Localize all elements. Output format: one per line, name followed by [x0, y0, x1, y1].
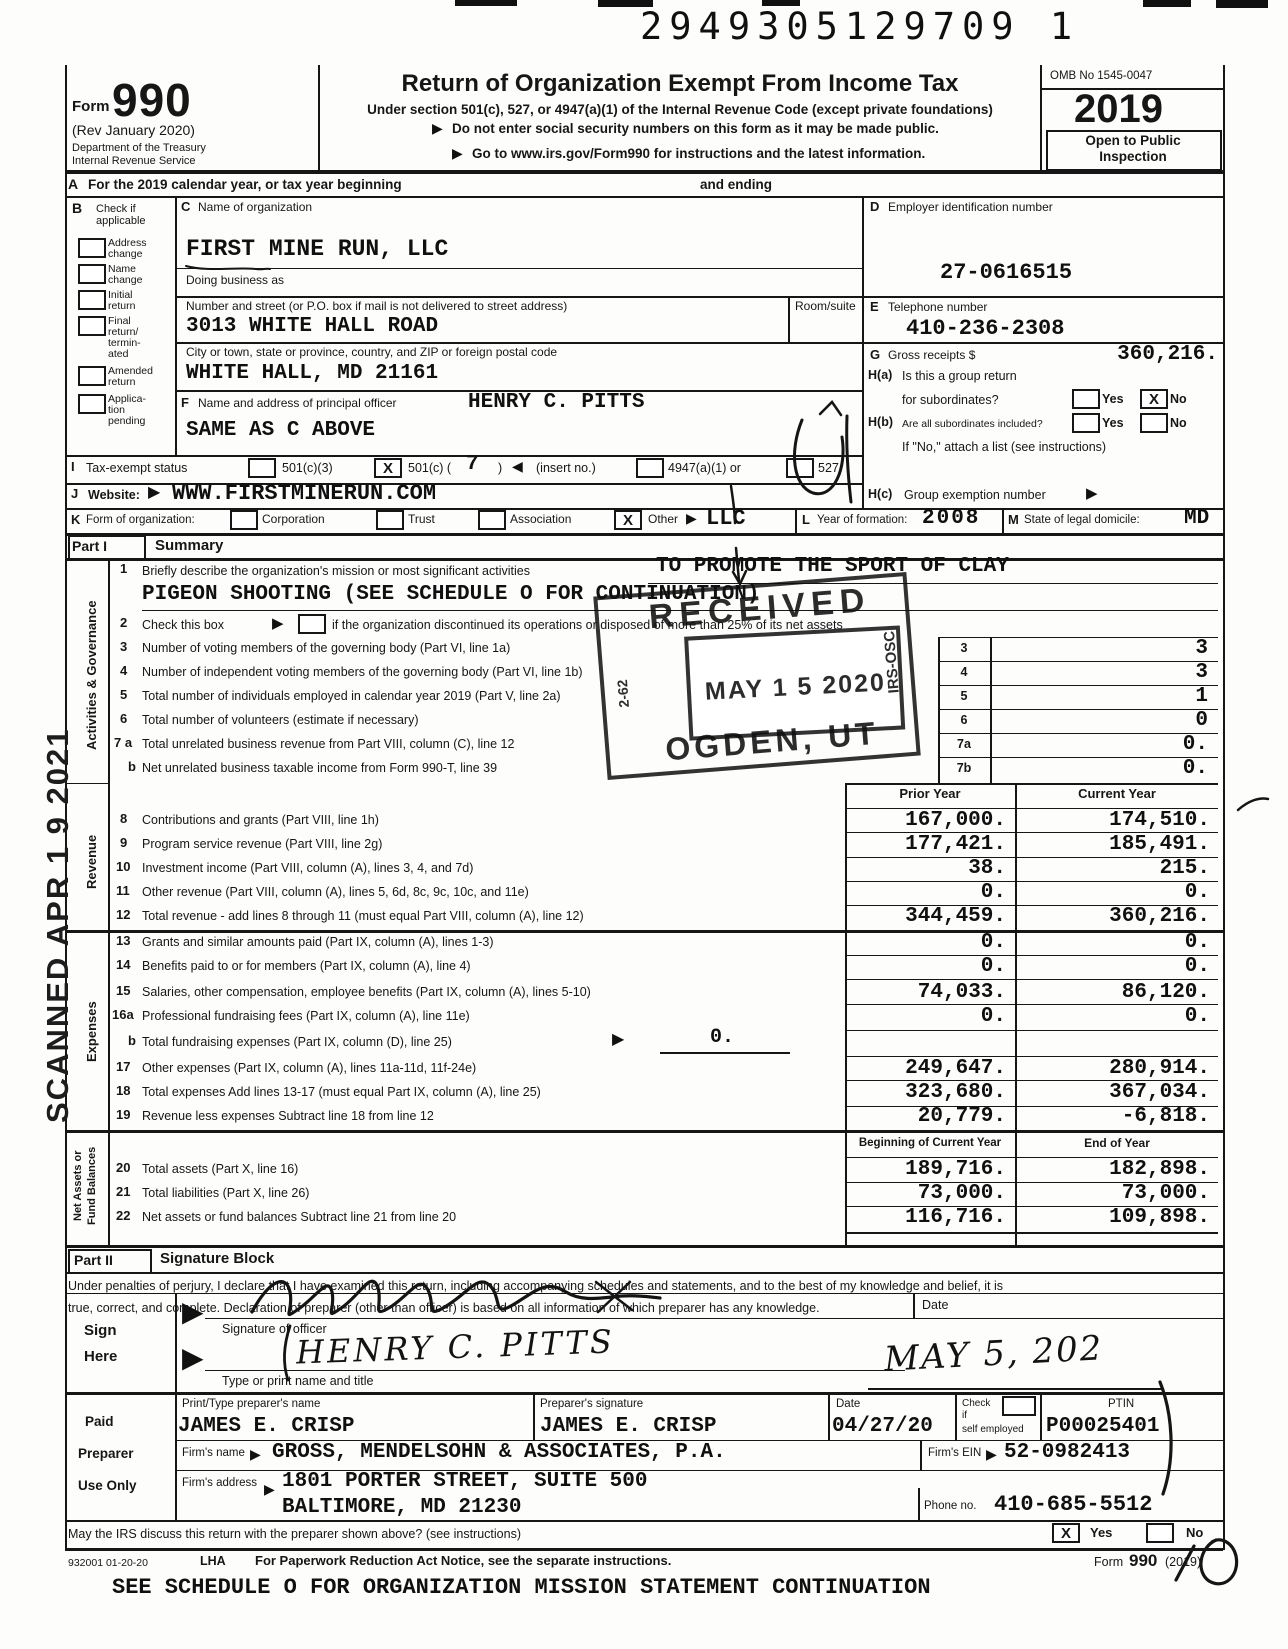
current-value[interactable]: 0. [1020, 1006, 1210, 1027]
ha-letter: H(a) [868, 368, 892, 382]
scanned-date-note: SCANNED APR 1 9 2021 [40, 645, 76, 1205]
checkbox-group-return-no[interactable]: X [1140, 389, 1168, 409]
gov-row-label: Total unrelated business revenue from Pa… [142, 737, 514, 751]
label-501c: 501(c) ( [408, 461, 451, 475]
insert-number-value[interactable]: 7 [466, 454, 479, 475]
eoy-header: End of Year [1018, 1137, 1216, 1151]
box-c-letter: C [181, 200, 190, 215]
checkbox-501c[interactable]: X [374, 458, 402, 478]
stamp-date: MAY 1 5 2020 [704, 668, 886, 706]
box-d-label: Employer identification number [888, 201, 1053, 215]
current-value[interactable]: 0. [1020, 932, 1210, 953]
preparer-name-label: Print/Type preparer's name [182, 1398, 320, 1411]
box-g-letter: G [870, 348, 880, 363]
officer-address-value[interactable]: SAME AS C ABOVE [186, 420, 375, 441]
side-label-governance: Activities & Governance [84, 565, 99, 785]
gov-row-value[interactable]: 3 [1000, 638, 1208, 659]
net-row-label: Total liabilities (Part X, line 26) [142, 1186, 309, 1200]
current-value[interactable]: 280,914. [1020, 1058, 1210, 1079]
preparer-date-value[interactable]: 04/27/20 [832, 1416, 933, 1437]
street-value[interactable]: 3013 WHITE HALL ROAD [186, 316, 438, 337]
firm-address-line2[interactable]: BALTIMORE, MD 21230 [282, 1497, 521, 1518]
line-a-and-ending: and ending [700, 177, 772, 193]
side-label-revenue: Revenue [84, 798, 99, 926]
gov-row-label: Net unrelated business taxable income fr… [142, 761, 497, 775]
arrow-right-icon: ▶ [182, 1344, 204, 1372]
prior-value[interactable]: 20,779. [848, 1106, 1006, 1127]
street-label: Number and street (or P.O. box if mail i… [186, 300, 567, 314]
privacy-bullet: Do not enter social security numbers on … [452, 121, 939, 137]
firm-name-label: Firm's name [182, 1447, 245, 1460]
gov-row-num: 4 [120, 664, 127, 679]
net-row-label: Net assets or fund balances Subtract lin… [142, 1210, 456, 1224]
gov-row-num: b [128, 760, 136, 775]
boy-value[interactable]: 73,000. [848, 1183, 1006, 1204]
firm-address-line1[interactable]: 1801 PORTER STREET, SUITE 500 [282, 1471, 647, 1492]
footer-code: 932001 01-20-20 [68, 1557, 148, 1569]
check-label: Check [962, 1398, 990, 1410]
current-value[interactable]: 174,510. [1020, 810, 1210, 831]
label-insert-no: (insert no.) [536, 461, 596, 475]
gov-row-label: Number of independent voting members of … [142, 665, 583, 679]
box-b-label: Check if [96, 203, 136, 216]
form-subtitle: Under section 501(c), 527, or 4947(a)(1)… [322, 102, 1038, 118]
gov-row-num: 7 a [114, 736, 132, 751]
treasury-dept: Department of the Treasury [72, 142, 206, 155]
inspection: Inspection [1048, 149, 1218, 165]
line-i-label: Tax-exempt status [86, 461, 187, 475]
form-of-org-label: Form of organization: [86, 514, 195, 527]
year-formation-label: Year of formation: [817, 514, 907, 527]
checkbox-group-return-yes[interactable] [1072, 389, 1100, 409]
money-row-num: 16a [112, 1008, 134, 1023]
gov-row-box: 3 [940, 641, 988, 655]
preparer-sig-label: Preparer's signature [540, 1398, 643, 1411]
money-row-num: 12 [116, 908, 130, 923]
checkbox-501c3[interactable] [248, 458, 276, 478]
form-number: 990 [112, 74, 192, 127]
footer-form-year: (2019) [1165, 1555, 1201, 1569]
sign-label: Sign [84, 1322, 117, 1339]
current-value[interactable]: 0. [1020, 882, 1210, 903]
line2-num: 2 [120, 616, 127, 631]
check-if-label: if [962, 1410, 967, 1422]
checkbox-final-return[interactable] [78, 316, 106, 336]
checkbox-initial-return[interactable] [78, 290, 106, 310]
label-final-return4: ated [108, 348, 128, 360]
line-a-letter: A [68, 176, 78, 192]
box-e-letter: E [870, 300, 879, 315]
checkbox-address-change[interactable] [78, 238, 106, 258]
money-row-label: Other revenue (Part VIII, column (A), li… [142, 885, 529, 899]
prior-value[interactable]: 323,680. [848, 1082, 1006, 1103]
barcode-serial: 2949305129709 1 [640, 8, 1079, 45]
city-label: City or town, state or province, country… [186, 346, 557, 360]
city-value[interactable]: WHITE HALL, MD 21161 [186, 363, 438, 384]
gov-row-value[interactable]: 1 [1000, 686, 1208, 707]
label-trust: Trust [408, 513, 435, 527]
domicile-label: State of legal domicile: [1024, 514, 1140, 527]
money-row-label: Total fundraising expenses (Part IX, col… [142, 1035, 452, 1049]
perjury-line2: true, correct, and complete. Declaration… [68, 1301, 820, 1315]
eoy-value[interactable]: 109,898. [1020, 1207, 1210, 1228]
arrow-right-icon: ▶ [986, 1447, 997, 1461]
money-row-label: Revenue less expenses Subtract line 18 f… [142, 1109, 434, 1123]
ha-text2: for subordinates? [902, 393, 999, 407]
form-990-page: 2949305129709 1 Form 990 (Rev January 20… [0, 0, 1288, 1649]
money-row-num: 11 [116, 884, 130, 899]
prior-year-header: Prior Year [848, 787, 1012, 802]
ptin-label: PTIN [1108, 1398, 1134, 1411]
attach-list-note: If "No," attach a list (see instructions… [902, 440, 1106, 454]
other-org-value[interactable]: LLC [706, 508, 746, 530]
here-label: Here [84, 1348, 117, 1365]
perjury-line1: Under penalties of perjury, I declare th… [68, 1279, 1003, 1293]
form-word: Form [72, 98, 110, 115]
checkbox-discontinued[interactable] [298, 614, 326, 634]
pen-stroke-preparer [1160, 1382, 1171, 1494]
current-value[interactable]: -6,818. [1020, 1106, 1210, 1127]
arrow-right-icon: ▶ [148, 485, 160, 501]
current-value[interactable]: 185,491. [1020, 834, 1210, 855]
arrow-right-icon: ▶ [1086, 486, 1098, 501]
money-row-label: Investment income (Part VIII, column (A)… [142, 861, 473, 875]
irs-received-stamp: RECEIVED 2-62 MAY 1 5 2020 IRS-OSC OGDEN… [593, 572, 920, 780]
discuss-yes-label: Yes [1090, 1526, 1112, 1541]
part1-tag: Part I [72, 538, 107, 554]
money-row-label: Other expenses (Part IX, column (A), lin… [142, 1061, 476, 1075]
gross-receipts-value[interactable]: 360,216. [1020, 344, 1218, 365]
prior-value[interactable]: 38. [848, 858, 1006, 879]
arrow-right-icon: ▶ [612, 1032, 624, 1048]
box-b-label2: applicable [96, 215, 146, 228]
prior-value[interactable]: 0. [848, 1006, 1006, 1027]
money-row-num: 19 [116, 1108, 130, 1123]
money-row-label: Salaries, other compensation, employee b… [142, 985, 591, 999]
checkbox-corporation[interactable] [230, 510, 258, 530]
scan-artifact [1216, 0, 1268, 8]
net-row-label: Total assets (Part X, line 16) [142, 1162, 298, 1176]
money-row-label: Total expenses Add lines 13-17 (must equ… [142, 1085, 541, 1099]
dba-label: Doing business as [186, 274, 284, 288]
ptin-value[interactable]: P00025401 [1046, 1416, 1159, 1437]
domicile-value[interactable]: MD [1184, 508, 1209, 529]
room-suite-label: Room/suite [795, 300, 856, 314]
goto-bullet: Go to www.irs.gov/Form990 for instructio… [472, 146, 925, 162]
prior-value[interactable]: 0. [848, 932, 1006, 953]
label-4947a1: 4947(a)(1) or [668, 461, 741, 475]
arrow-right-icon: ▶ [264, 1482, 275, 1496]
gov-row-box: 7a [940, 737, 988, 751]
checkbox-amended-return[interactable] [78, 366, 106, 386]
label-initial-return2: return [108, 300, 135, 312]
type-print-label: Type or print name and title [222, 1374, 373, 1388]
ha-yes-label: Yes [1102, 392, 1124, 406]
label-name-change2: change [108, 274, 142, 286]
checkbox-name-change[interactable] [78, 264, 106, 284]
org-name-value[interactable]: FIRST MINE RUN, LLC [186, 238, 448, 261]
stamp-code-left: 2-62 [612, 653, 634, 734]
label-corporation: Corporation [262, 513, 325, 527]
officer-name-value[interactable]: HENRY C. PITTS [468, 392, 644, 413]
paid-label: Paid [85, 1414, 114, 1430]
gov-row-value[interactable]: 3 [1000, 662, 1208, 683]
gov-row-num: 3 [120, 640, 127, 655]
year-formation-value[interactable]: 2008 [922, 508, 980, 529]
line1-label: Briefly describe the organization's miss… [142, 564, 530, 578]
gov-row-label: Total number of volunteers (estimate if … [142, 713, 419, 727]
ein-value[interactable]: 27-0616515 [940, 262, 1072, 284]
pen-dash-margin [1238, 798, 1268, 810]
omb-number: OMB No 1545-0047 [1050, 70, 1152, 83]
checkbox-subordinates-no[interactable] [1140, 413, 1168, 433]
firm-ein-value[interactable]: 52-0982413 [1004, 1442, 1130, 1463]
boy-header: Beginning of Current Year [848, 1137, 1012, 1150]
money-row-num: 10 [116, 860, 130, 875]
ha-text1: Is this a group return [902, 369, 1017, 383]
checkbox-discuss-no[interactable] [1146, 1523, 1174, 1543]
box-f-letter: F [181, 396, 189, 411]
prior-value[interactable]: 74,033. [848, 982, 1006, 1003]
label-application-pending3: pending [108, 415, 145, 427]
prior-value[interactable]: 249,647. [848, 1058, 1006, 1079]
checkbox-application-pending[interactable] [78, 394, 106, 414]
current-value[interactable]: 86,120. [1020, 982, 1210, 1003]
net-row-num: 21 [116, 1185, 130, 1200]
irs-name: Internal Revenue Service [72, 155, 196, 168]
checkbox-self-employed[interactable] [1002, 1396, 1036, 1416]
checkbox-trust[interactable] [376, 510, 404, 530]
eoy-value[interactable]: 182,898. [1020, 1159, 1210, 1180]
label-address-change2: change [108, 248, 142, 260]
mission-line1[interactable]: TO PROMOTE THE SPORT OF CLAY [656, 556, 1009, 577]
net-row-num: 22 [116, 1209, 130, 1224]
money-row-num: 18 [116, 1084, 130, 1099]
line2-pre: Check this box [142, 618, 224, 632]
part2-tag: Part II [74, 1252, 113, 1268]
officer-handwritten-name[interactable]: HENRY C. PITTS [295, 1322, 615, 1371]
discuss-no-label: No [1186, 1526, 1203, 1541]
hb-no-label: No [1170, 416, 1187, 430]
firm-ein-label: Firm's EIN [928, 1447, 981, 1460]
checkbox-discuss-yes[interactable]: X [1052, 1523, 1080, 1543]
prior-value[interactable]: 167,000. [848, 810, 1006, 831]
arrow-right-icon: ▶ [686, 511, 697, 525]
current-year-header: Current Year [1018, 787, 1216, 802]
line-m-letter: M [1008, 513, 1019, 528]
part1-title: Summary [155, 537, 223, 554]
prior-value[interactable]: 344,459. [848, 906, 1006, 927]
preparer-label: Preparer [78, 1446, 134, 1462]
gov-row-box: 6 [940, 713, 988, 727]
money-row-label: Program service revenue (Part VIII, line… [142, 837, 382, 851]
scan-artifact [455, 0, 517, 6]
boy-value[interactable]: 116,716. [848, 1207, 1006, 1228]
money-row-num: 8 [120, 812, 127, 827]
checkbox-4947a1[interactable] [636, 458, 664, 478]
money-row-num: 14 [116, 958, 130, 973]
gov-row-value[interactable]: 0. [1000, 734, 1208, 755]
website-value[interactable]: WWW.FIRSTMINERUN.COM [172, 483, 436, 505]
phone-label: Phone no. [924, 1500, 976, 1513]
money-row-num: 15 [116, 984, 130, 999]
money-row-label: Professional fundraising fees (Part IX, … [142, 1009, 470, 1023]
label-501c-close: ) [498, 461, 502, 475]
arrow-right-icon: ▶ [272, 616, 284, 631]
box-e-label: Telephone number [888, 301, 987, 315]
firm-address-label: Firm's address [182, 1477, 257, 1490]
box-d-letter: D [870, 200, 879, 215]
line-j-letter: J [71, 487, 78, 502]
line1-num: 1 [120, 562, 127, 577]
hb-yes-label: Yes [1102, 416, 1124, 430]
firm-name-value[interactable]: GROSS, MENDELSOHN & ASSOCIATES, P.A. [272, 1442, 726, 1463]
current-value[interactable]: 360,216. [1020, 906, 1210, 927]
hc-text: Group exemption number [904, 488, 1046, 502]
label-527: 527 [818, 461, 839, 475]
line-k-letter: K [71, 513, 80, 528]
gov-row-box: 4 [940, 665, 988, 679]
label-amended-return2: return [108, 376, 135, 388]
gov-row-value[interactable]: 0. [1000, 758, 1208, 779]
ha-no-label: No [1170, 392, 1187, 406]
box-g-label: Gross receipts $ [888, 349, 975, 363]
checkbox-other[interactable]: X [614, 510, 642, 530]
label-501c3: 501(c)(3) [282, 461, 333, 475]
label-association: Association [510, 513, 571, 527]
schedule-o-note: SEE SCHEDULE O FOR ORGANIZATION MISSION … [112, 1577, 931, 1599]
self-employed-label: self employed [962, 1424, 1024, 1436]
box-b-letter: B [72, 200, 82, 216]
line-l-letter: L [802, 513, 810, 528]
footer-form-number: 990 [1129, 1551, 1157, 1571]
gov-row-value[interactable]: 0 [1000, 710, 1208, 731]
side-label-net-assets-2: Fund Balances [86, 1135, 98, 1237]
arrow-right-icon: ▶ [452, 146, 463, 160]
hb-text: Are all subordinates included? [902, 418, 1043, 430]
discuss-question: May the IRS discuss this return with the… [68, 1527, 521, 1541]
checkbox-527[interactable] [786, 458, 814, 478]
prior-value[interactable]: 177,421. [848, 834, 1006, 855]
firm-phone-value[interactable]: 410-685-5512 [994, 1494, 1152, 1516]
money-row-label: Grants and similar amounts paid (Part IX… [142, 935, 494, 949]
preparer-sig-value[interactable]: JAMES E. CRISP [540, 1416, 716, 1437]
gov-row-box: 7b [940, 761, 988, 775]
gov-row-num: 5 [120, 688, 127, 703]
money-row-label: Benefits paid to or for members (Part IX… [142, 959, 471, 973]
form-revision: (Rev January 2020) [72, 122, 195, 138]
money-row-num: 9 [120, 836, 127, 851]
arrow-right-icon: ▶ [432, 121, 443, 135]
part2-title: Signature Block [160, 1250, 274, 1267]
money-row-num: 17 [116, 1060, 130, 1075]
website-label: Website: [88, 488, 140, 502]
open-to-public: Open to Public [1048, 133, 1218, 149]
phone-value[interactable]: 410-236-2308 [906, 318, 1064, 340]
form-title: Return of Organization Exempt From Incom… [330, 70, 1030, 98]
gov-row-num: 6 [120, 712, 127, 727]
boy-value[interactable]: 189,716. [848, 1159, 1006, 1180]
gov-row-label: Number of voting members of the governin… [142, 641, 510, 655]
prior-value[interactable]: 0. [848, 956, 1006, 977]
lha-label: LHA [200, 1554, 226, 1568]
hc-letter: H(c) [868, 487, 892, 501]
preparer-date-label: Date [836, 1398, 860, 1411]
gov-row-box: 5 [940, 689, 988, 703]
money-row-label: Total revenue - add lines 8 through 11 (… [142, 909, 584, 923]
label-other: Other [648, 513, 678, 527]
use-only-label: Use Only [78, 1478, 137, 1494]
arrow-left-icon: ◀ [512, 459, 523, 473]
scan-artifact [1143, 0, 1191, 7]
current-value[interactable]: 0. [1020, 956, 1210, 977]
fundraising-inline-value[interactable]: 0. [710, 1028, 734, 1048]
gov-row-label: Total number of individuals employed in … [142, 689, 561, 703]
current-value[interactable]: 215. [1020, 858, 1210, 879]
arrow-right-icon: ▶ [182, 1298, 204, 1326]
current-value[interactable]: 367,034. [1020, 1082, 1210, 1103]
handwritten-date[interactable]: MAY 5, 202 [883, 1328, 1104, 1379]
sign-date-label: Date [922, 1298, 948, 1312]
line-i-letter: I [71, 460, 75, 475]
money-row-num: b [128, 1034, 136, 1049]
arrow-right-icon: ▶ [250, 1447, 261, 1461]
hb-letter: H(b) [868, 415, 893, 429]
prior-value[interactable]: 0. [848, 882, 1006, 903]
net-row-num: 20 [116, 1161, 130, 1176]
checkbox-association[interactable] [478, 510, 506, 530]
side-label-expenses: Expenses [84, 942, 99, 1122]
footer-form-word: Form [1094, 1555, 1123, 1569]
money-row-label: Contributions and grants (Part VIII, lin… [142, 813, 379, 827]
tax-year: 2019 [1074, 86, 1163, 132]
money-row-num: 13 [116, 934, 130, 949]
checkbox-subordinates-yes[interactable] [1072, 413, 1100, 433]
paperwork-notice: For Paperwork Reduction Act Notice, see … [255, 1554, 671, 1569]
box-f-label: Name and address of principal officer [198, 397, 397, 411]
eoy-value[interactable]: 73,000. [1020, 1183, 1210, 1204]
line-a-text: For the 2019 calendar year, or tax year … [88, 177, 402, 193]
preparer-name-value[interactable]: JAMES E. CRISP [178, 1416, 354, 1437]
box-c-label: Name of organization [198, 201, 312, 215]
